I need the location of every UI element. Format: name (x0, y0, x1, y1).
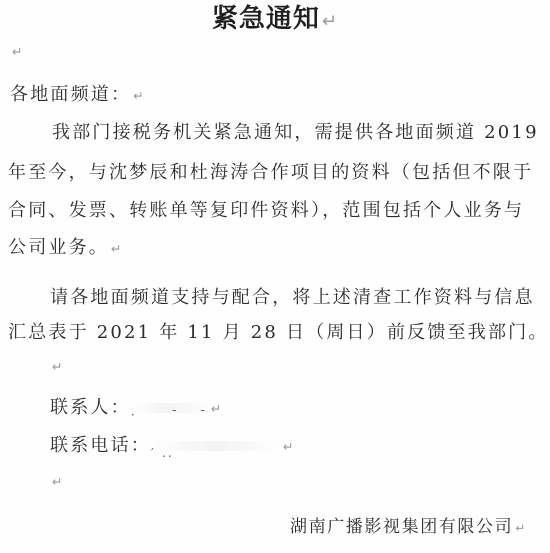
contact-phone: 联系电话：′ ..↵ (50, 431, 296, 457)
paragraph-1-line-4: 公司业务。↵ (8, 233, 124, 259)
paragraph-2-line-2-text: 汇总表于 2021 年 11 月 28 日（周日）前反馈至我部门。 (8, 322, 549, 343)
signature-text: 湖南广播影视集团有限公司 (290, 517, 513, 537)
salutation: 各地面频道：↵ (10, 80, 146, 106)
paragraph-mark-icon: ↵ (515, 521, 527, 535)
signature: 湖南广播影视集团有限公司↵ (290, 512, 527, 537)
paragraph-1-line-2: 年至今，与沈梦辰和杜海涛合作项目的资料（包括但不限于 (8, 158, 533, 184)
salutation-text: 各地面频道： (10, 84, 131, 105)
paragraph-2-line-1: 请各地面频道支持与配合，将上述清查工作资料与信息 (50, 283, 535, 309)
contact-phone-label: 联系电话： (50, 435, 151, 456)
paragraph-mark-icon: ↵ (283, 439, 296, 454)
paragraph-1-line-4-text: 公司业务。 (8, 237, 109, 258)
paragraph-mark-icon: ↵ (322, 11, 338, 32)
paragraph-mark-icon: ↵ (52, 474, 65, 489)
document-page: 紧急通知↵ ↵ 各地面频道：↵ 我部门接税务机关紧急通知，需提供各地面频道 20… (0, 0, 550, 553)
empty-line: ↵ (10, 40, 25, 61)
paragraph-2-line-2: 汇总表于 2021 年 11 月 28 日（周日）前反馈至我部门。↵ (8, 318, 550, 344)
empty-line: ↵ (50, 355, 65, 376)
redacted-contact-person: · ˉ ˉ (131, 403, 209, 413)
paragraph-mark-icon: ↵ (12, 44, 25, 59)
paragraph-1-line-1: 我部门接税务机关紧急通知，需提供各地面频道 2019 (52, 118, 539, 144)
document-title: 紧急通知↵ (0, 0, 550, 35)
paragraph-mark-icon: ↵ (133, 88, 146, 103)
contact-person-label: 联系人： (50, 397, 131, 418)
paragraph-mark-icon: ↵ (111, 241, 124, 256)
paragraph-1-line-3: 合同、发票、转账单等复印件资料），范围包括个人业务与 (8, 196, 524, 222)
empty-line: ↵ (50, 470, 65, 491)
paragraph-mark-icon: ↵ (52, 359, 65, 374)
title-text: 紧急通知 (212, 4, 320, 34)
contact-person: 联系人：· ˉ ˉ↵ (50, 393, 224, 419)
paragraph-mark-icon: ↵ (211, 401, 224, 416)
redacted-contact-phone: ′ .. (151, 441, 281, 451)
